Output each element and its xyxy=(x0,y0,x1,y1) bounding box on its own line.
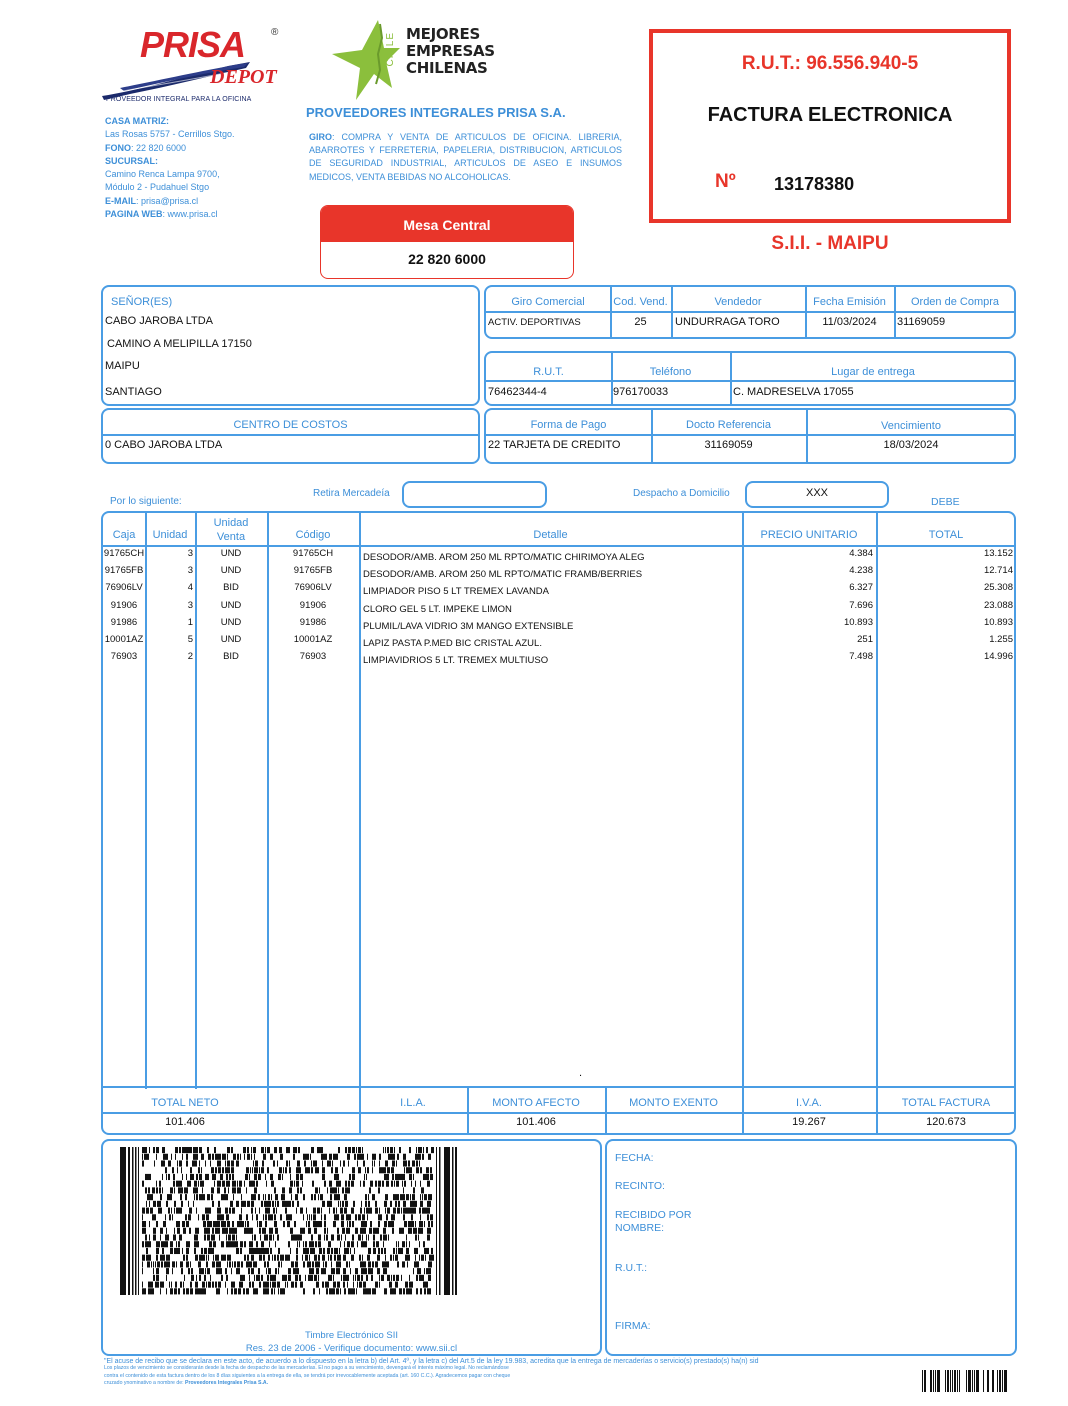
number-label: Nº xyxy=(715,171,736,193)
cell-precio: 7.498 xyxy=(742,651,873,662)
centro-costos-box: CENTRO DE COSTOS 0 CABO JAROBA LTDA xyxy=(101,408,480,464)
cell-unidad-venta: UND xyxy=(195,600,267,611)
cell-unidad: 4 xyxy=(145,582,193,593)
client-label: SEÑOR(ES) xyxy=(111,296,172,308)
cell-unidad-venta: UND xyxy=(195,548,267,559)
email-link[interactable]: : prisa@prisa.cl xyxy=(136,196,198,206)
totals-header: MONTO AFECTO xyxy=(467,1097,605,1109)
cell-caja: 91765CH xyxy=(103,548,145,559)
table-row: 10001AZ5UND10001AZLAPIZ PASTA P.MED BIC … xyxy=(103,634,1014,651)
lugar-entrega-value: C. MADRESELVA 17055 xyxy=(733,386,854,398)
totals-header: I.V.A. xyxy=(742,1097,876,1109)
sale-info-box: Giro Comercial Cod. Vend. Vendedor Fecha… xyxy=(484,285,1016,339)
cell-precio: 4.384 xyxy=(742,548,873,559)
document-id-box: R.U.T.: 96.556.940-5 FACTURA ELECTRONICA… xyxy=(649,29,1011,223)
centro-costos-value: 0 CABO JAROBA LTDA xyxy=(105,439,222,451)
cell-detalle: DESODOR/AMB. AROM 250 ML RPTO/MATIC CHIR… xyxy=(363,552,742,563)
timbre-box: Timbre Electrónico SII Res. 23 de 2006 -… xyxy=(101,1139,602,1356)
cell-unidad-venta: BID xyxy=(195,582,267,593)
cell-detalle: DESODOR/AMB. AROM 250 ML RPTO/MATIC FRAM… xyxy=(363,569,742,580)
cell-precio: 251 xyxy=(742,634,873,645)
totals-box: TOTAL NETO101.406I.L.A.MONTO AFECTO101.4… xyxy=(101,1086,1016,1135)
mesa-central-phone: 22 820 6000 xyxy=(321,242,573,276)
totals-value: 101.406 xyxy=(467,1116,605,1128)
timbre-line1: Timbre Electrónico SII xyxy=(103,1330,600,1341)
award-vertical-text: CHILE xyxy=(385,32,396,66)
client-rut-value: 76462344-4 xyxy=(488,386,547,398)
document-title: FACTURA ELECTRONICA xyxy=(653,104,1007,127)
award-text: MEJORES EMPRESAS CHILENAS xyxy=(406,26,495,77)
retira-mercaderia-label: Retira Mercadeía xyxy=(313,488,390,499)
small-barcode-icon xyxy=(922,1370,1008,1392)
cell-detalle: LAPIZ PASTA P.MED BIC CRISTAL AZUL. xyxy=(363,638,742,649)
totals-value: 120.673 xyxy=(876,1116,1016,1128)
cod-vend-value: 25 xyxy=(610,316,671,328)
mesa-central-label: Mesa Central xyxy=(321,206,573,242)
timbre-line2: Res. 23 de 2006 - Verifique documento: w… xyxy=(103,1343,600,1354)
cell-codigo: 91986 xyxy=(267,617,359,628)
table-row: 919063UND91906CLORO GEL 5 LT. IMPEKE LIM… xyxy=(103,600,1014,617)
legal-footnote: "El acuse de recibo que se declara en es… xyxy=(104,1358,864,1388)
web-link[interactable]: : www.prisa.cl xyxy=(163,209,218,219)
fecha-emision-value: 11/03/2024 xyxy=(805,316,894,328)
items-table: Caja Unidad UnidadVenta Código Detalle P… xyxy=(101,511,1016,1089)
company-giro: GIRO: COMPRA Y VENTA DE ARTICULOS DE OFI… xyxy=(309,131,622,184)
cell-precio: 4.238 xyxy=(742,565,873,576)
totals-header: I.L.A. xyxy=(359,1097,467,1109)
telefono-value: 976170033 xyxy=(613,386,668,398)
trailing-mark: . xyxy=(579,1067,582,1079)
totals-header: TOTAL NETO xyxy=(103,1097,267,1109)
vencimiento-value: 18/03/2024 xyxy=(806,439,1016,451)
cell-total: 23.088 xyxy=(876,600,1013,611)
client-comuna: MAIPU xyxy=(105,360,140,372)
cell-unidad: 3 xyxy=(145,600,193,611)
cell-caja: 91765FB xyxy=(103,565,145,576)
cell-codigo: 76906LV xyxy=(267,582,359,593)
cell-total: 10.893 xyxy=(876,617,1013,628)
docto-referencia-value: 31169059 xyxy=(651,439,806,451)
retira-mercaderia-field[interactable] xyxy=(402,481,547,508)
totals-header: MONTO EXENTO xyxy=(605,1097,742,1109)
mesa-central-box: Mesa Central 22 820 6000 xyxy=(320,205,574,279)
cell-caja: 10001AZ xyxy=(103,634,145,645)
logo-tagline: PROVEEDOR INTEGRAL PARA LA OFICINA xyxy=(106,96,251,103)
cell-codigo: 76903 xyxy=(267,651,359,662)
cell-codigo: 91906 xyxy=(267,600,359,611)
table-row: 919861UND91986PLUMIL/LAVA VIDRIO 3M MANG… xyxy=(103,617,1014,634)
issuer-rut: R.U.T.: 96.556.940-5 xyxy=(653,53,1007,75)
client-address: CAMINO A MELIPILLA 17150 xyxy=(107,338,252,350)
cell-precio: 7.696 xyxy=(742,600,873,611)
prisa-depot-logo: PRISA ® DEPOT PROVEEDOR INTEGRAL PARA LA… xyxy=(90,24,290,108)
cell-caja: 76903 xyxy=(103,651,145,662)
cell-codigo: 91765FB xyxy=(267,565,359,576)
por-lo-siguiente-label: Por lo siguiente: xyxy=(110,496,182,507)
cell-unidad-venta: BID xyxy=(195,651,267,662)
forma-pago-value: 22 TARJETA DE CREDITO xyxy=(488,439,620,451)
table-row: 91765FB3UND91765FBDESODOR/AMB. AROM 250 … xyxy=(103,565,1014,582)
giro-comercial-value: ACTIV. DEPORTIVAS xyxy=(488,317,581,328)
table-row: 76906LV4BID76906LVLIMPIADOR PISO 5 LT TR… xyxy=(103,582,1014,599)
cell-unidad: 3 xyxy=(145,565,193,576)
despacho-domicilio-field[interactable]: XXX xyxy=(745,481,889,508)
vendedor-value: UNDURRAGA TORO xyxy=(675,316,780,328)
cell-unidad: 5 xyxy=(145,634,193,645)
cell-caja: 91906 xyxy=(103,600,145,611)
registered-mark: ® xyxy=(271,27,278,38)
cell-detalle: LIMPIADOR PISO 5 LT TREMEX LAVANDA xyxy=(363,586,742,597)
logo-brand: PRISA xyxy=(140,24,245,66)
payment-box: Forma de Pago Docto Referencia Vencimien… xyxy=(484,408,1016,464)
table-row: 769032BID76903LIMPIAVIDRIOS 5 LT. TREMEX… xyxy=(103,651,1014,668)
cell-detalle: PLUMIL/LAVA VIDRIO 3M MANGO EXTENSIBLE xyxy=(363,621,742,632)
company-contact: CASA MATRIZ: Las Rosas 5757 - Cerrillos … xyxy=(105,115,235,221)
cell-detalle: CLORO GEL 5 LT. IMPEKE LIMON xyxy=(363,604,742,615)
cell-unidad: 2 xyxy=(145,651,193,662)
table-row: 91765CH3UND91765CHDESODOR/AMB. AROM 250 … xyxy=(103,548,1014,565)
pdf417-barcode-icon xyxy=(120,1147,458,1295)
cell-total: 12.714 xyxy=(876,565,1013,576)
totals-value: 19.267 xyxy=(742,1116,876,1128)
totals-header: TOTAL FACTURA xyxy=(876,1097,1016,1109)
despacho-domicilio-label: Despacho a Domicilio xyxy=(633,488,730,499)
client-contact-box: R.U.T. Teléfono Lugar de entrega 7646234… xyxy=(484,351,1016,406)
cell-unidad-venta: UND xyxy=(195,634,267,645)
cell-caja: 76906LV xyxy=(103,582,145,593)
sii-office: S.I.I. - MAIPU xyxy=(649,233,1011,255)
company-name: PROVEEDORES INTEGRALES PRISA S.A. xyxy=(306,105,566,120)
cell-codigo: 91765CH xyxy=(267,548,359,559)
cell-unidad: 3 xyxy=(145,548,193,559)
cell-total: 13.152 xyxy=(876,548,1013,559)
client-city: SANTIAGO xyxy=(105,386,162,398)
orden-compra-value: 31169059 xyxy=(897,316,945,328)
totals-value: 101.406 xyxy=(103,1116,267,1128)
debe-label: DEBE xyxy=(931,496,960,508)
cell-precio: 10.893 xyxy=(742,617,873,628)
cell-total: 25.308 xyxy=(876,582,1013,593)
logo-sub: DEPOT xyxy=(210,66,277,89)
cell-total: 1.255 xyxy=(876,634,1013,645)
cell-unidad-venta: UND xyxy=(195,565,267,576)
client-box: SEÑOR(ES) CABO JAROBA LTDA CAMINO A MELI… xyxy=(101,285,480,406)
cell-detalle: LIMPIAVIDRIOS 5 LT. TREMEX MULTIUSO xyxy=(363,655,742,666)
cell-unidad-venta: UND xyxy=(195,617,267,628)
cell-codigo: 10001AZ xyxy=(267,634,359,645)
client-name: CABO JAROBA LTDA xyxy=(105,315,213,327)
cell-total: 14.996 xyxy=(876,651,1013,662)
receipt-box: FECHA: RECINTO: RECIBIDO PORNOMBRE: R.U.… xyxy=(605,1139,1017,1356)
invoice-number: 13178380 xyxy=(774,174,854,195)
cell-caja: 91986 xyxy=(103,617,145,628)
cell-unidad: 1 xyxy=(145,617,193,628)
cell-precio: 6.327 xyxy=(742,582,873,593)
mejores-empresas-award-logo: CHILE MEJORES EMPRESAS CHILENAS xyxy=(330,18,510,104)
